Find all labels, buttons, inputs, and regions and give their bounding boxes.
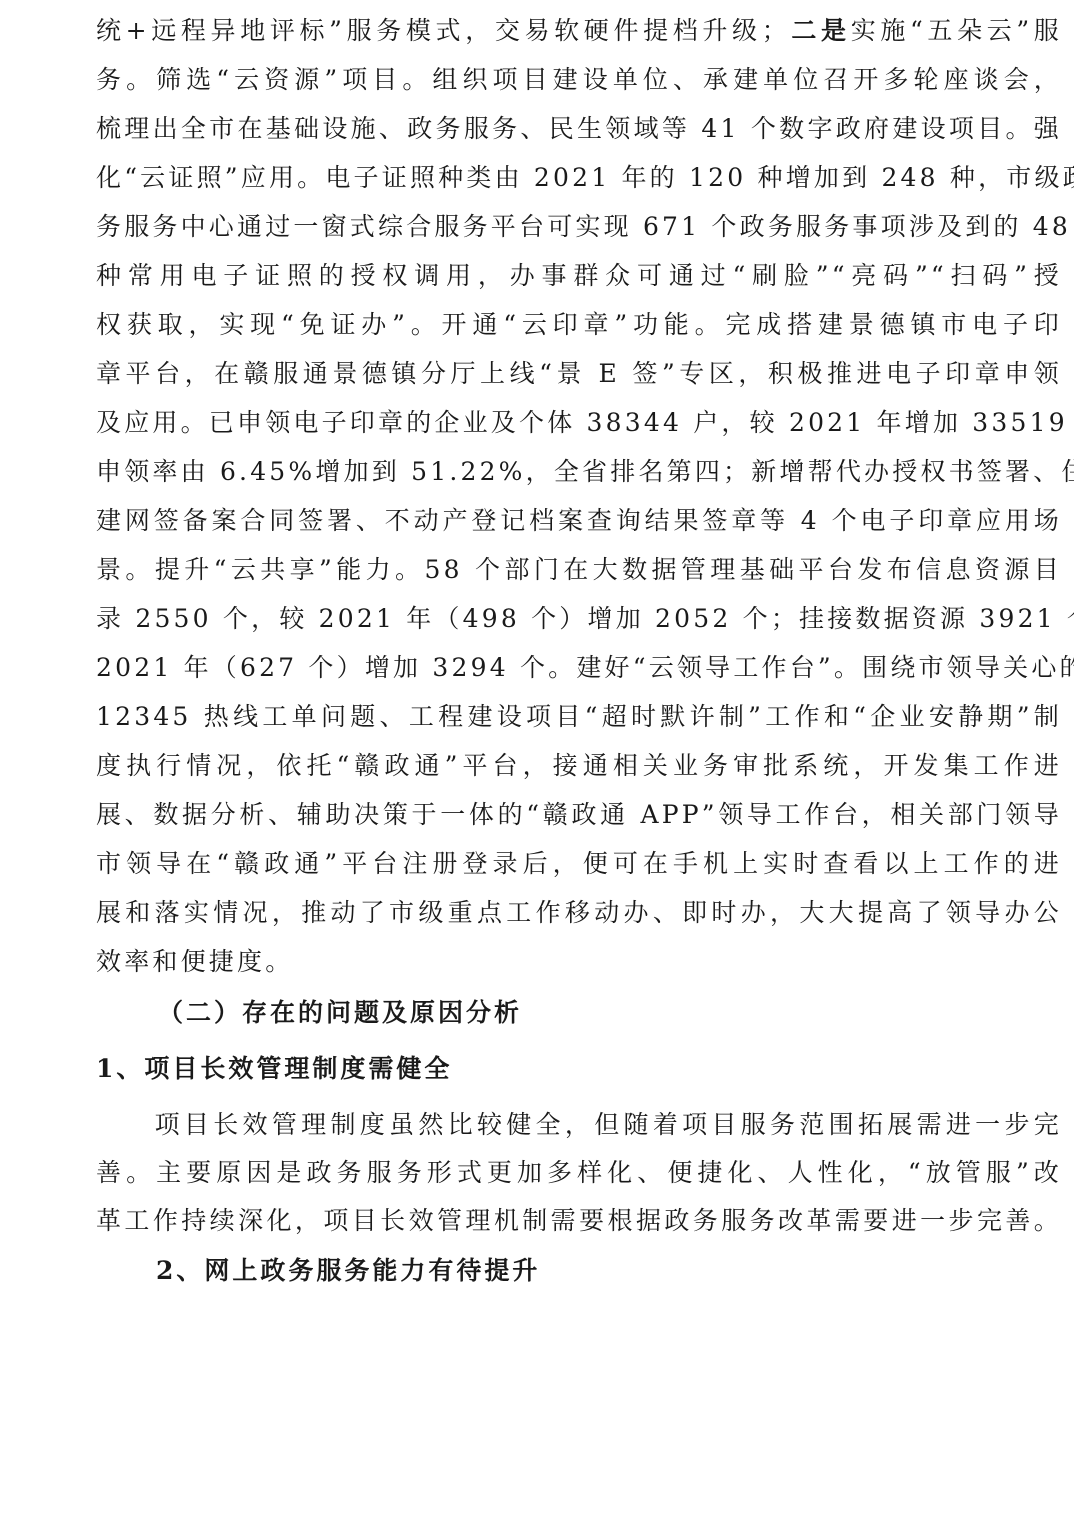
paragraph-line: 申领率由 6.45%增加到 51.22%，全省排名第四；新增帮代办授权书签署、住	[96, 447, 1062, 496]
paragraph-line: 2021 年（627 个）增加 3294 个。建好“云领导工作台”。围绕市领导关…	[96, 643, 1062, 692]
paragraph-line: 景。提升“云共享”能力。58 个部门在大数据管理基础平台发布信息资源目	[96, 545, 1062, 594]
paragraph-line: 梳理出全市在基础设施、政务服务、民生领域等 41 个数字政府建设项目。强	[96, 104, 1062, 153]
paragraph-line: 展、数据分析、辅助决策于一体的“赣政通 APP”领导工作台，相关部门领导	[96, 790, 1062, 839]
text-run: 统+远程异地评标”服务模式，交易软硬件提档升级；	[96, 16, 790, 45]
paragraph-line: 效率和便捷度。	[96, 937, 1062, 986]
paragraph-line: 统+远程异地评标”服务模式，交易软硬件提档升级；二是实施“五朵云”服	[96, 6, 1062, 55]
paragraph-line: 市领导在“赣政通”平台注册登录后，便可在手机上实时查看以上工作的进	[96, 839, 1062, 888]
subsection-heading-1: 1、项目长效管理制度需健全	[96, 1044, 452, 1093]
paragraph-line: 录 2550 个，较 2021 年（498 个）增加 2052 个；挂接数据资源…	[96, 594, 1062, 643]
paragraph-line: 务服务中心通过一窗式综合服务平台可实现 671 个政务服务事项涉及到的 48	[96, 202, 1062, 251]
paragraph-line: 项目长效管理制度虽然比较健全，但随着项目服务范围拓展需进一步完	[96, 1100, 1062, 1149]
emphasis-text: 二是	[790, 16, 851, 45]
paragraph-line: 及应用。已申领电子印章的企业及个体 38344 户，较 2021 年增加 335…	[96, 398, 1062, 447]
section-heading: （二）存在的问题及原因分析	[158, 988, 522, 1037]
paragraph-line: 章平台，在赣服通景德镇分厅上线“景 E 签”专区，积极推进电子印章申领	[96, 349, 1062, 398]
text-run: 实施“五朵云”服	[851, 16, 1062, 45]
paragraph-line: 化“云证照”应用。电子证照种类由 2021 年的 120 种增加到 248 种，…	[96, 153, 1062, 202]
paragraph-line: 善。主要原因是政务服务形式更加多样化、便捷化、人性化，“放管服”改	[96, 1148, 1062, 1197]
subsection-heading-2: 2、网上政务服务能力有待提升	[156, 1246, 540, 1295]
paragraph-line: 务。筛选“云资源”项目。组织项目建设单位、承建单位召开多轮座谈会，	[96, 55, 1062, 104]
paragraph-line: 革工作持续深化，项目长效管理机制需要根据政务服务改革需要进一步完善。	[96, 1196, 1062, 1245]
paragraph-line: 种常用电子证照的授权调用，办事群众可通过“刷脸”“亮码”“扫码”授	[96, 251, 1062, 300]
paragraph-line: 度执行情况，依托“赣政通”平台，接通相关业务审批系统，开发集工作进	[96, 741, 1062, 790]
paragraph-line: 12345 热线工单问题、工程建设项目“超时默许制”工作和“企业安静期”制	[96, 692, 1062, 741]
paragraph-line: 权获取，实现“免证办”。开通“云印章”功能。完成搭建景德镇市电子印	[96, 300, 1062, 349]
paragraph-line: 建网签备案合同签署、不动产登记档案查询结果签章等 4 个电子印章应用场	[96, 496, 1062, 545]
paragraph-line: 展和落实情况，推动了市级重点工作移动办、即时办，大大提高了领导办公	[96, 888, 1062, 937]
